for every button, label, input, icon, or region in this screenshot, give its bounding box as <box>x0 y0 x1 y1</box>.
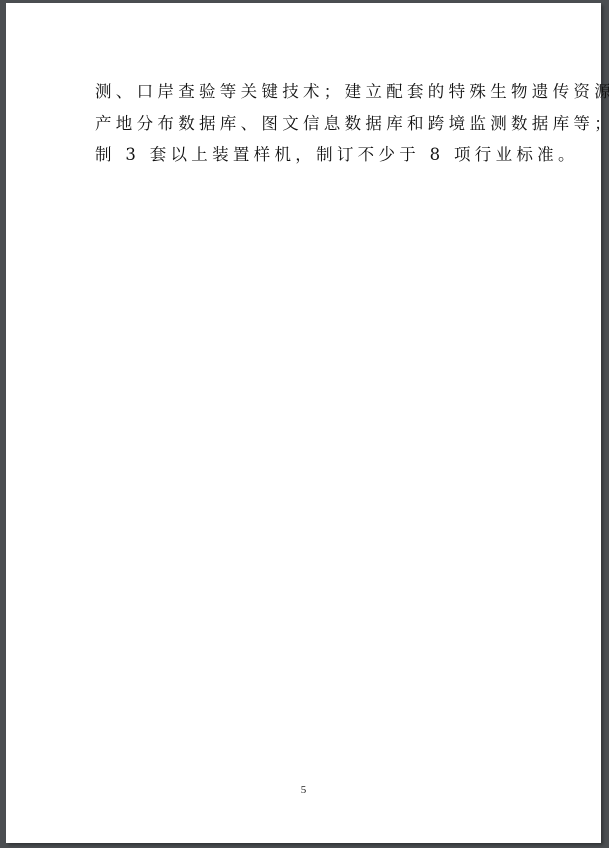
body-paragraph: 测、口岸查验等关键技术；建立配套的特殊生物遗传资源原 产地分布数据库、图文信息数… <box>95 76 525 171</box>
document-page: 测、口岸查验等关键技术；建立配套的特殊生物遗传资源原 产地分布数据库、图文信息数… <box>6 3 601 843</box>
page-number: 5 <box>6 784 601 796</box>
paragraph-line: 测、口岸查验等关键技术；建立配套的特殊生物遗传资源原 <box>95 76 525 108</box>
paragraph-line: 制 3 套以上装置样机，制订不少于 8 项行业标准。 <box>95 139 525 171</box>
paragraph-line: 产地分布数据库、图文信息数据库和跨境监测数据库等；研 <box>95 108 525 140</box>
